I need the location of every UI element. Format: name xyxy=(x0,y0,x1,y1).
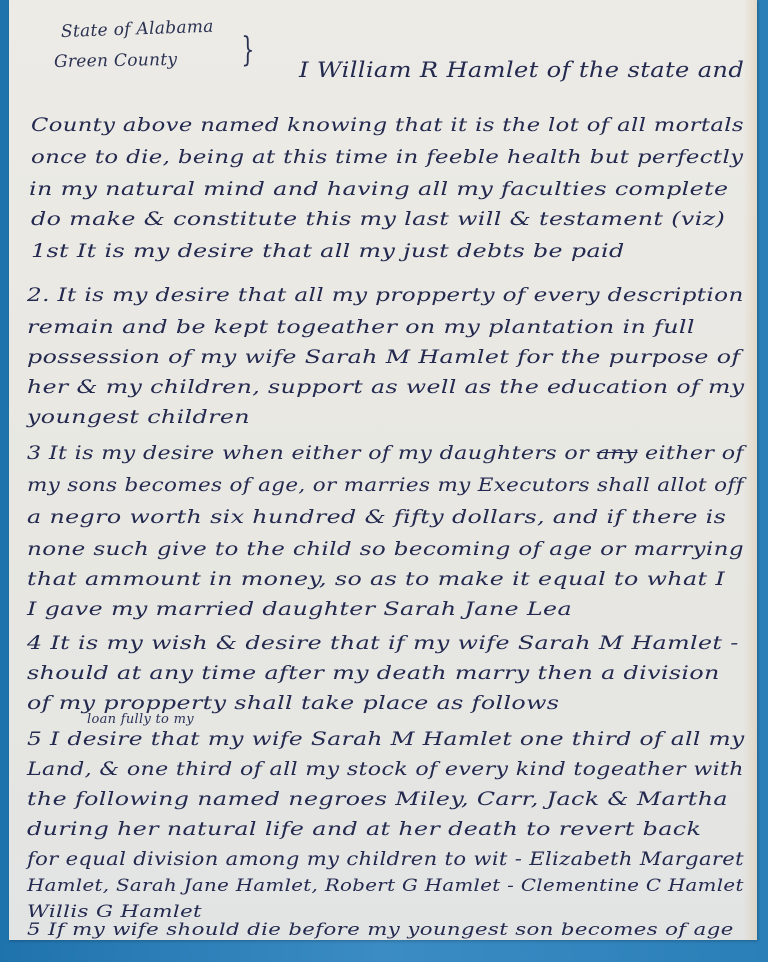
will-line-4: in my natural mind and having all my fac… xyxy=(29,178,728,200)
interlinear-insertion: loan fully to my xyxy=(87,712,194,727)
clause-4-line-1: 4 It is my wish & desire that if my wife… xyxy=(27,632,739,654)
clause-6-line-1: 5 If my wife should die before my younge… xyxy=(27,920,734,940)
clause-3-line-1-text: 3 It is my desire when either of my daug… xyxy=(27,442,589,464)
clause-2-line-3: possession of my wife Sarah M Hamlet for… xyxy=(27,346,741,368)
heading-county: Green County xyxy=(54,50,178,72)
clause-5-line-4: during her natural life and at her death… xyxy=(27,818,701,840)
will-line-5: do make & constitute this my last will &… xyxy=(31,208,725,230)
clause-2-line-4: her & my children, support as well as th… xyxy=(27,376,744,398)
clause-2-line-1: 2. It is my desire that all my propperty… xyxy=(27,284,744,306)
clause-5-line-2: Land, & one third of all my stock of eve… xyxy=(27,758,744,780)
clause-5-line-1: 5 I desire that my wife Sarah M Hamlet o… xyxy=(27,728,745,750)
clause-5-line-5: for equal division among my children to … xyxy=(27,848,744,870)
clause-5-line-7: Willis G Hamlet xyxy=(27,902,202,922)
clause-2-line-2: remain and be kept togeather on my plant… xyxy=(27,316,695,338)
clause-4-line-2: should at any time after my death marry … xyxy=(27,662,720,684)
clause-3-line-5: that ammount in money, so as to make it … xyxy=(27,568,725,590)
will-line-1: I William R Hamlet of the state and xyxy=(299,58,744,82)
will-line-3: once to die, being at this time in feebl… xyxy=(31,146,743,168)
clause-4-line-3: of my propperty shall take place as foll… xyxy=(27,692,559,714)
clause-3-line-6: I gave my married daughter Sarah Jane Le… xyxy=(27,598,572,620)
clause-1: 1st It is my desire that all my just deb… xyxy=(31,240,625,262)
struck-word: any xyxy=(597,442,638,464)
clause-3-line-3: a negro worth six hundred & fifty dollar… xyxy=(27,506,726,528)
clause-5-line-6: Hamlet, Sarah Jane Hamlet, Robert G Haml… xyxy=(27,876,744,896)
heading-state: State of Alabama xyxy=(61,17,214,42)
heading-brace-icon: } xyxy=(241,30,254,70)
will-line-2: County above named knowing that it is th… xyxy=(31,114,744,136)
clause-3-line-2: my sons becomes of age, or marries my Ex… xyxy=(27,474,744,496)
clause-3-line-4: none such give to the child so becoming … xyxy=(27,538,744,560)
clause-3-line-1: 3 It is my desire when either of my daug… xyxy=(27,442,744,464)
clause-3-line-1-tail: either of xyxy=(645,442,744,464)
manuscript-page: State of Alabama Green County } I Willia… xyxy=(9,0,757,940)
clause-5-line-3: the following named negroes Miley, Carr,… xyxy=(27,788,728,810)
clause-2-line-5: youngest children xyxy=(27,406,250,428)
